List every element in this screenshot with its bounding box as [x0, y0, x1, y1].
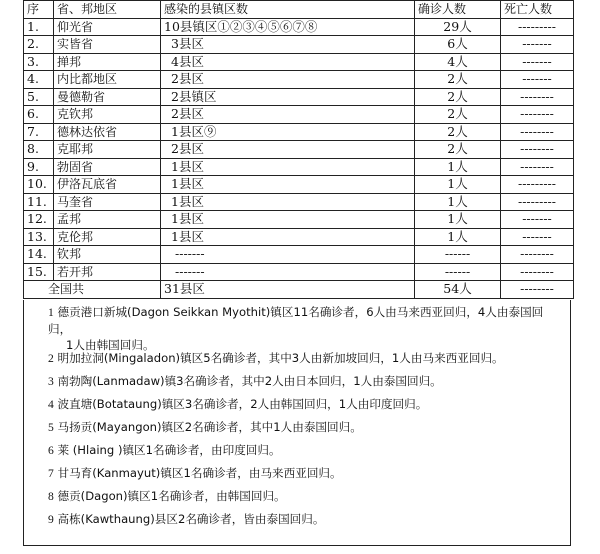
row-confirmed: 2人: [415, 123, 501, 141]
table-row: 15.若开邦---------------------: [24, 263, 574, 281]
row-deaths: ---------: [501, 18, 574, 36]
header-districts: 感染的县镇区数: [161, 1, 415, 19]
footnote-text: 德贡港口新城(Dagon Seikkan Myothit)镇区11名确诊者，6人…: [48, 305, 543, 336]
table-row: 8.克耶邦2县区2人--------: [24, 141, 574, 159]
row-deaths: -------: [501, 211, 574, 229]
row-confirmed: 1人: [415, 193, 501, 211]
row-number: 11.: [24, 193, 54, 211]
table-header-row: 序 省、邦地区 感染的县镇区数 确诊人数 死亡人数: [24, 1, 574, 19]
table-row: 14.钦邦---------------------: [24, 246, 574, 264]
row-region: 孟邦: [54, 211, 161, 229]
row-number: 9.: [24, 158, 54, 176]
footnote-number: 7: [48, 467, 54, 480]
row-districts: 3县区: [161, 36, 415, 54]
footnotes-box: 1 德贡港口新城(Dagon Seikkan Myothit)镇区11名确诊者，…: [23, 300, 571, 546]
footnote-text: 波直塘(Botataung)镇区3名确诊者，2人由韩国回归，1人由印度回归。: [57, 397, 427, 411]
footnote-number: 4: [48, 398, 54, 411]
row-districts: 2县区: [161, 71, 415, 89]
total-label: 全国共: [24, 281, 161, 299]
row-districts: 1县区: [161, 211, 415, 229]
row-confirmed: 1人: [415, 158, 501, 176]
row-districts: 1县区: [161, 158, 415, 176]
row-number: 12.: [24, 211, 54, 229]
row-region: 实皆省: [54, 36, 161, 54]
row-confirmed: ------: [415, 246, 501, 264]
row-districts: -------: [161, 246, 415, 264]
row-confirmed: 1人: [415, 228, 501, 246]
header-deaths: 死亡人数: [501, 1, 574, 19]
row-districts: 1县区: [161, 176, 415, 194]
table-row: 7.德林达依省1县区⑨2人--------: [24, 123, 574, 141]
table-row: 5.曼德勒省2县镇区2人--------: [24, 88, 574, 106]
table-row: 6.克钦邦2县区2人--------: [24, 106, 574, 124]
row-confirmed: 2人: [415, 106, 501, 124]
row-number: 8.: [24, 141, 54, 159]
table-row: 12.孟邦1县区1人-------: [24, 211, 574, 229]
table-row: 11.马奎省1县区1人---------: [24, 193, 574, 211]
footnote-number: 6: [48, 444, 54, 457]
footnote-4: 4 波直塘(Botataung)镇区3名确诊者，2人由韩国回归，1人由印度回归。: [48, 396, 562, 413]
row-confirmed: 2人: [415, 141, 501, 159]
footnote-6: 6 莱 (Hlaing )镇区1名确诊者，由印度回归。: [48, 442, 562, 459]
row-confirmed: 6人: [415, 36, 501, 54]
footnote-number: 1: [48, 306, 54, 319]
row-districts: 2县区: [161, 141, 415, 159]
footnote-text: 高栋(Kawthaung)县区2名确诊者，皆由泰国回归。: [57, 512, 324, 526]
row-region: 曼德勒省: [54, 88, 161, 106]
row-deaths: ---------: [501, 193, 574, 211]
row-region: 内比都地区: [54, 71, 161, 89]
row-confirmed: ------: [415, 263, 501, 281]
footnote-text: 南勃陶(Lanmadaw)镇3名确诊者，其中2人由日本回归，1人由泰国回归。: [57, 374, 441, 388]
table-row: 3.掸邦4县区4人-------: [24, 53, 574, 71]
footnote-number: 8: [48, 490, 54, 503]
footnote-text: 莱 (Hlaing )镇区1名确诊者，由印度回归。: [57, 443, 280, 457]
footnote-number: 2: [48, 352, 54, 365]
footnote-5: 5 马扬贡(Mayangon)镇区2名确诊者，其中1人由泰国回归。: [48, 419, 562, 436]
row-deaths: -------: [501, 71, 574, 89]
row-deaths: --------: [501, 158, 574, 176]
row-districts: 1县区: [161, 228, 415, 246]
footnote-1: 1 德贡港口新城(Dagon Seikkan Myothit)镇区11名确诊者，…: [48, 304, 562, 353]
row-number: 6.: [24, 106, 54, 124]
row-deaths: -------: [501, 228, 574, 246]
row-deaths: --------: [501, 246, 574, 264]
row-deaths: --------: [501, 123, 574, 141]
footnote-3: 3 南勃陶(Lanmadaw)镇3名确诊者，其中2人由日本回归，1人由泰国回归。: [48, 373, 562, 390]
row-confirmed: 2人: [415, 71, 501, 89]
row-region: 伊洛瓦底省: [54, 176, 161, 194]
row-region: 克耶邦: [54, 141, 161, 159]
row-deaths: -------: [501, 36, 574, 54]
row-confirmed: 1人: [415, 176, 501, 194]
row-region: 德林达依省: [54, 123, 161, 141]
table-row: 9.勃固省1县区1人--------: [24, 158, 574, 176]
covid-cases-table: 序 省、邦地区 感染的县镇区数 确诊人数 死亡人数 1.仰光省10县镇区①②③④…: [23, 0, 574, 299]
row-deaths: --------: [501, 263, 574, 281]
row-region: 仰光省: [54, 18, 161, 36]
row-number: 4.: [24, 71, 54, 89]
table-row: 13.克伦邦1县区1人-------: [24, 228, 574, 246]
table-row: 2.实皆省3县区6人-------: [24, 36, 574, 54]
row-confirmed: 4人: [415, 53, 501, 71]
row-districts: 1县区: [161, 193, 415, 211]
row-region: 钦邦: [54, 246, 161, 264]
row-confirmed: 1人: [415, 211, 501, 229]
row-confirmed: 2人: [415, 88, 501, 106]
row-deaths: ---------: [501, 176, 574, 194]
footnote-2: 2 明加拉洞(Mingaladon)镇区5名确诊者，其中3人由新加坡回归，1人由…: [48, 350, 562, 367]
row-number: 1.: [24, 18, 54, 36]
row-region: 克钦邦: [54, 106, 161, 124]
row-districts: -------: [161, 263, 415, 281]
row-districts: 2县区: [161, 106, 415, 124]
total-districts: 31县区: [161, 281, 415, 299]
row-region: 马奎省: [54, 193, 161, 211]
row-districts: 4县区: [161, 53, 415, 71]
row-number: 14.: [24, 246, 54, 264]
row-number: 5.: [24, 88, 54, 106]
row-deaths: --------: [501, 106, 574, 124]
row-deaths: --------: [501, 88, 574, 106]
row-confirmed: 29人: [415, 18, 501, 36]
header-no: 序: [24, 1, 54, 19]
table-total-row: 全国共31县区54人--------: [24, 281, 574, 299]
row-districts: 10县镇区①②③④⑤⑥⑦⑧: [161, 18, 415, 36]
row-number: 3.: [24, 53, 54, 71]
table-row: 1.仰光省10县镇区①②③④⑤⑥⑦⑧29人---------: [24, 18, 574, 36]
row-deaths: --------: [501, 141, 574, 159]
footnote-text: 明加拉洞(Mingaladon)镇区5名确诊者，其中3人由新加坡回归，1人由马来…: [57, 351, 503, 365]
row-districts: 2县镇区: [161, 88, 415, 106]
table-row: 10.伊洛瓦底省1县区1人---------: [24, 176, 574, 194]
row-districts: 1县区⑨: [161, 123, 415, 141]
row-number: 13.: [24, 228, 54, 246]
row-region: 若开邦: [54, 263, 161, 281]
row-number: 7.: [24, 123, 54, 141]
row-number: 15.: [24, 263, 54, 281]
footnote-number: 9: [48, 513, 54, 526]
table-row: 4.内比都地区2县区2人-------: [24, 71, 574, 89]
row-deaths: -------: [501, 53, 574, 71]
row-number: 10.: [24, 176, 54, 194]
footnote-8: 8 德贡(Dagon)镇区1名确诊者，由韩国回归。: [48, 488, 562, 505]
footnote-7: 7 甘马育(Kanmayut)镇区1名确诊者，由马来西亚回归。: [48, 465, 562, 482]
footnote-number: 3: [48, 375, 54, 388]
header-confirmed: 确诊人数: [415, 1, 501, 19]
footnote-number: 5: [48, 421, 54, 434]
row-region: 勃固省: [54, 158, 161, 176]
row-region: 克伦邦: [54, 228, 161, 246]
total-deaths: --------: [501, 281, 574, 299]
footnote-text: 甘马育(Kanmayut)镇区1名确诊者，由马来西亚回归。: [57, 466, 341, 480]
row-region: 掸邦: [54, 53, 161, 71]
footnote-text: 马扬贡(Mayangon)镇区2名确诊者，其中1人由泰国回归。: [57, 420, 361, 434]
header-region: 省、邦地区: [54, 1, 161, 19]
total-confirmed: 54人: [415, 281, 501, 299]
row-number: 2.: [24, 36, 54, 54]
footnote-text: 德贡(Dagon)镇区1名确诊者，由韩国回归。: [57, 489, 285, 503]
footnote-9: 9 高栋(Kawthaung)县区2名确诊者，皆由泰国回归。: [48, 511, 562, 528]
